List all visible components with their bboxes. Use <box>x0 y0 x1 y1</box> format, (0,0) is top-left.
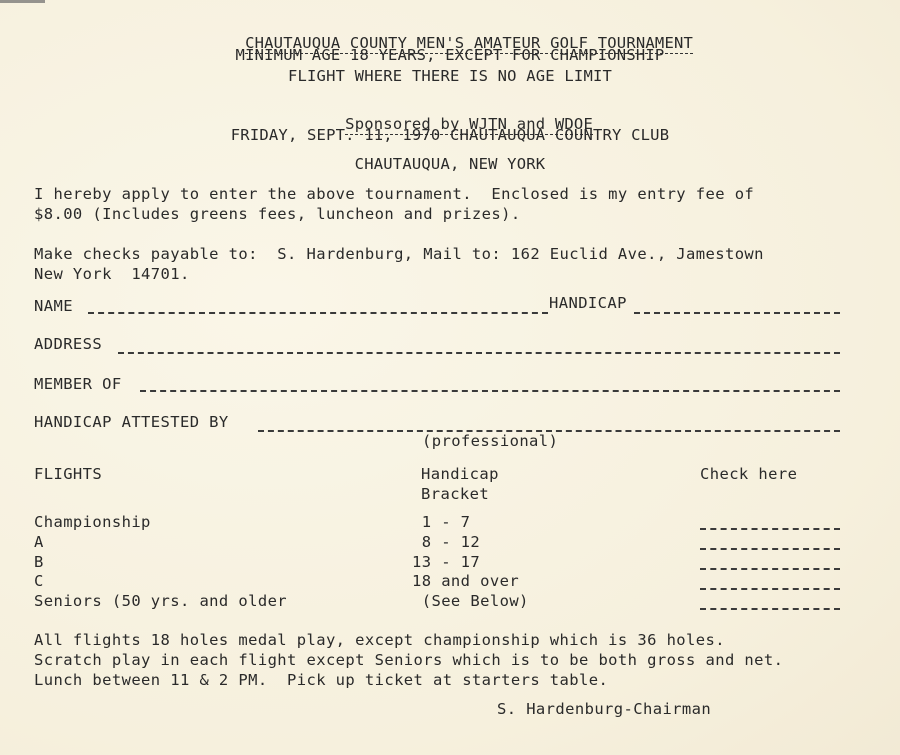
footer-line-2: Scratch play in each flight except Senio… <box>34 651 783 669</box>
intro-line-1: I hereby apply to enter the above tourna… <box>34 185 754 203</box>
attested-note: (professional) <box>422 432 558 450</box>
name-label: NAME <box>34 297 73 315</box>
flight-name: C <box>34 572 44 590</box>
entry-form-page: CHAUTAUQUA COUNTY MEN'S AMATEUR GOLF TOU… <box>0 0 900 755</box>
footer-line-3: Lunch between 11 & 2 PM. Pick up ticket … <box>34 671 608 689</box>
address-label: ADDRESS <box>34 335 102 353</box>
member-of-label: MEMBER OF <box>34 375 122 393</box>
age-line-1: MINIMUM AGE 18 YEARS, EXCEPT FOR CHAMPIO… <box>0 46 900 64</box>
flight-bracket: (See Below) <box>412 592 529 610</box>
name-field[interactable] <box>88 312 548 314</box>
check-field-c[interactable] <box>700 588 840 590</box>
chairman-signature: S. Hardenburg-Chairman <box>497 700 711 718</box>
flights-header: FLIGHTS <box>34 465 102 483</box>
attested-by-label: HANDICAP ATTESTED BY <box>34 413 229 431</box>
flight-bracket: 1 - 7 <box>412 513 470 531</box>
bracket-header-1: Handicap <box>421 465 499 483</box>
check-field-championship[interactable] <box>700 528 840 530</box>
check-field-seniors[interactable] <box>700 608 840 610</box>
handicap-label: HANDICAP <box>549 294 627 312</box>
flight-bracket: 8 - 12 <box>412 533 480 551</box>
check-here-header: Check here <box>700 465 797 483</box>
paper-edge <box>0 0 45 3</box>
handicap-field[interactable] <box>634 312 840 314</box>
check-field-a[interactable] <box>700 548 840 550</box>
bracket-header-2: Bracket <box>421 485 489 503</box>
flight-bracket: 13 - 17 <box>412 553 480 571</box>
checks-line-2: New York 14701. <box>34 265 190 283</box>
date-location: FRIDAY, SEPT. 11, 1970 CHAUTAUQUA COUNTR… <box>0 126 900 144</box>
city-line: CHAUTAUQUA, NEW YORK <box>0 155 900 173</box>
flight-bracket: 18 and over <box>412 572 519 590</box>
age-line-2: FLIGHT WHERE THERE IS NO AGE LIMIT <box>0 67 900 85</box>
address-field[interactable] <box>118 352 840 354</box>
intro-line-2: $8.00 (Includes greens fees, luncheon an… <box>34 205 521 223</box>
footer-line-1: All flights 18 holes medal play, except … <box>34 631 725 649</box>
member-of-field[interactable] <box>140 390 840 392</box>
flight-name: A <box>34 533 44 551</box>
flight-name: Championship <box>34 513 151 531</box>
check-field-b[interactable] <box>700 568 840 570</box>
flight-name: B <box>34 553 44 571</box>
flight-name: Seniors (50 yrs. and older <box>34 592 287 610</box>
checks-line-1: Make checks payable to: S. Hardenburg, M… <box>34 245 764 263</box>
